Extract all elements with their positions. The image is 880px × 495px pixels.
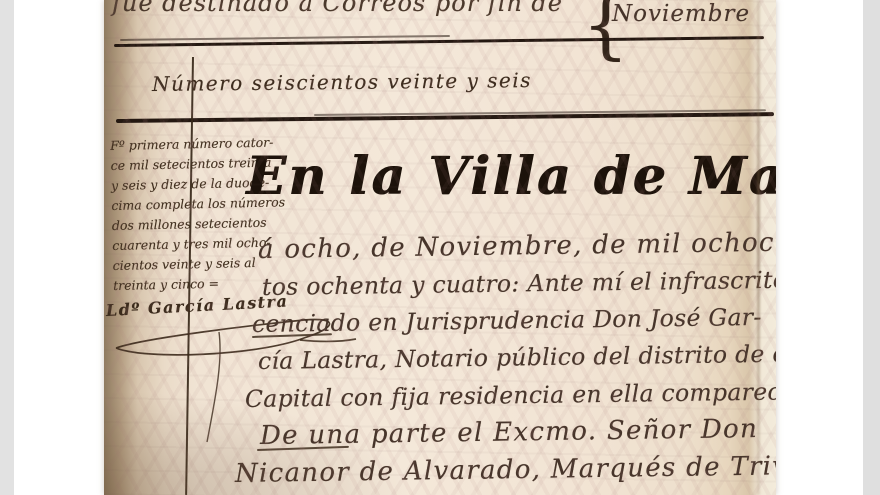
deed-number-line: Número seiscientos veinte y seis	[152, 68, 532, 96]
body-line: tos ochenta y cuatro: Ante mí el infrasc…	[262, 265, 776, 301]
body-line: Capital con fija residencia en ella comp…	[245, 377, 776, 413]
left-gray-strip	[0, 0, 14, 495]
right-gray-strip	[863, 0, 880, 495]
manuscript-page: fué destinado á Correos por fin de { Nov…	[104, 0, 776, 495]
page-edge-crease	[757, 0, 760, 495]
previous-entry-line: fué destinado á Correos por fin de	[112, 0, 563, 17]
body-line: cía Lastra, Notario público del distrito…	[258, 339, 776, 375]
month-label: Noviembre	[612, 1, 750, 27]
manuscript-screenshot: fué destinado á Correos por fin de { Nov…	[0, 0, 880, 495]
body-line: á ocho, de Noviembre, de mil ochocien-	[258, 227, 776, 265]
body-line: Nicanor de Alvarado, Marqués de Trives	[235, 451, 776, 489]
title-en-la-villa-de-madrid: En la Villa de Madrid	[246, 146, 776, 207]
